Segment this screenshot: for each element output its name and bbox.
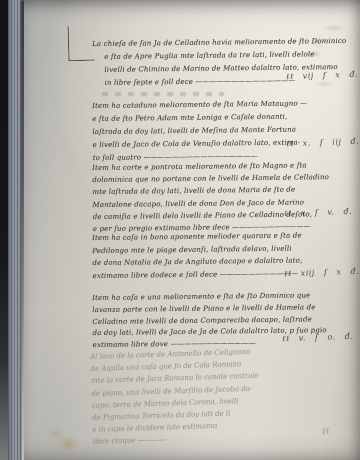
page-edge-stack (8, 0, 22, 460)
amount-annotation: ℓℓ v. ſ o. đ. (282, 332, 354, 343)
manuscript-page: La chieſa de ſan Ja de Celladino havia m… (24, 0, 360, 460)
register-entry: Item ha cataduno melioramento de ſta Mar… (92, 97, 325, 165)
register-entry: La chieſa de ſan Ja de Celladino havia m… (92, 35, 337, 90)
amount-annotation: ℓℓ x. ſ iij đ. (286, 137, 359, 149)
register-entry: Item ha corte e pontrota melioramento de… (92, 159, 325, 235)
amount-annotation: ℓℓ xiij ſ x đ. (284, 267, 359, 279)
ink-showthrough-mid (102, 92, 224, 96)
amount-annotation: ℓℓ x ſ v. đ. (284, 207, 352, 218)
manuscript-photo: La chieſa de ſan Ja de Celladino havia m… (0, 0, 360, 460)
paper-stain (42, 414, 88, 454)
addendum-amount: ℓℓ (322, 426, 330, 437)
initial-paragraph-mark (68, 26, 95, 62)
addendum-note: Al loco de la corte de Antonello de Celi… (90, 344, 325, 449)
